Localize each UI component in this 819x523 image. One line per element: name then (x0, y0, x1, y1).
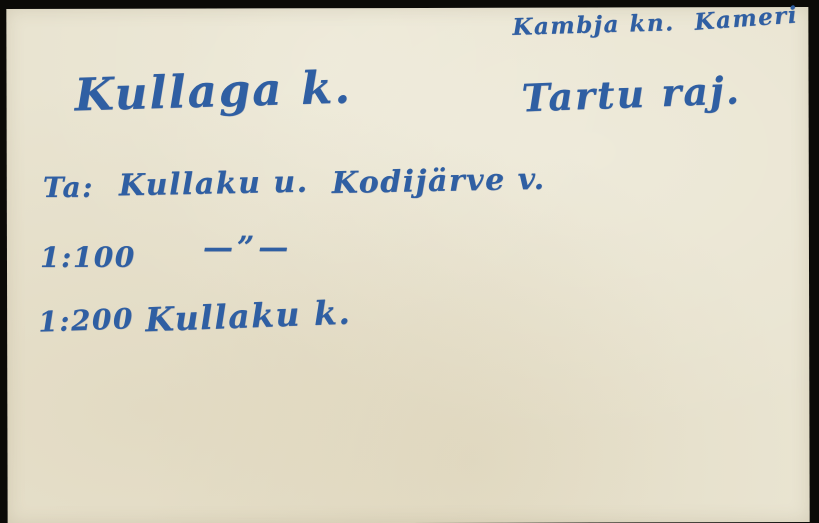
entry-secondary-place-name: Kodijärve v. (331, 162, 545, 201)
entry-place-name: Kullaku k. (144, 293, 351, 340)
entry-line: Ta: Kullaku u. Kodijärve v. (6, 7, 808, 9)
ditto-mark: —”— (203, 230, 292, 265)
entry-line: 1:100 —”— (6, 7, 808, 9)
entry-place-name: Kullaku u. (118, 165, 308, 204)
scanned-page: Kambja kn. Kameri Kullaga k. Tartu raj. … (0, 0, 819, 523)
annotation-collector: Kameri (694, 1, 799, 35)
annotation-parish: Kambja kn. (512, 9, 675, 41)
district-name: Tartu raj. (521, 67, 742, 120)
headword-place-name: Kullaga k. (74, 61, 353, 122)
entry-line: 1:200 Kullaku k. (6, 7, 808, 9)
index-card: Kambja kn. Kameri Kullaga k. Tartu raj. … (6, 7, 809, 523)
entry-scale: 1:200 (38, 302, 135, 339)
entry-scale: 1:100 (40, 241, 136, 274)
entry-prefix: Ta: (43, 171, 94, 204)
